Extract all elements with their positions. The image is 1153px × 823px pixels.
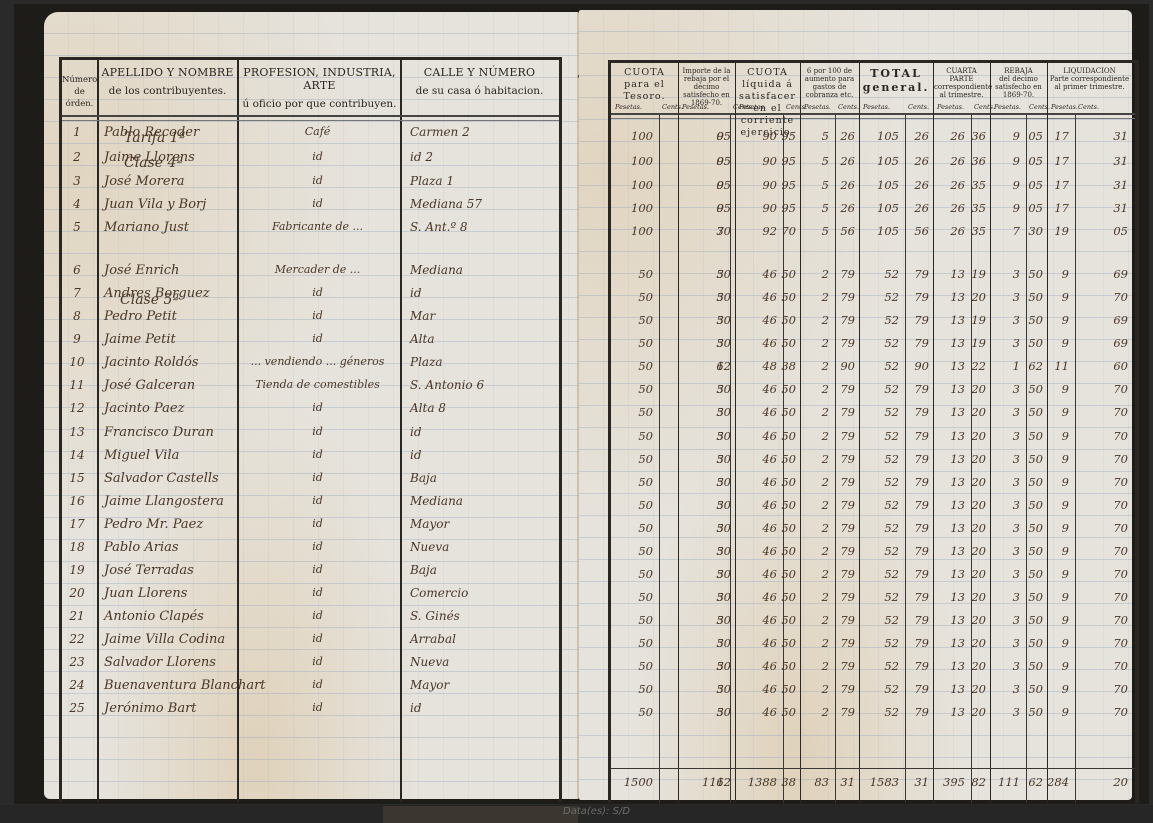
table-row: 50350465027952791320350970 [611, 567, 1135, 589]
cents-value: 79 [840, 382, 855, 396]
pesetas-value: 3 [1013, 659, 1020, 673]
pesetas-value: 1388 [748, 775, 777, 789]
cents-value: 50 [716, 521, 731, 535]
pesetas-value: 2 [822, 405, 829, 419]
table-row: 50350465027952791319350969 [611, 336, 1135, 358]
cents-value: 79 [914, 521, 929, 535]
pesetas-value: 9 [1013, 201, 1020, 215]
date-metadata: Data(es): S/D [563, 806, 630, 817]
cents-value: 38 [781, 775, 796, 789]
table-row: 22Jaime Villa CodinaidArrabal [62, 632, 559, 654]
pesetas-value: 52 [884, 429, 899, 443]
cents-value: 05 [716, 201, 731, 215]
pesetas-value: 3 [1013, 705, 1020, 719]
pesetas-value: 50 [638, 405, 653, 419]
cents-value: 20 [971, 382, 986, 396]
cents-value: 70 [1113, 405, 1128, 419]
cents-value: 20 [971, 682, 986, 696]
table-row: 50350465027952791320350970 [611, 521, 1135, 543]
cents-value: 20 [971, 544, 986, 558]
contributor-name: Salvador Castells [104, 471, 219, 486]
contributor-name: Pedro Petit [104, 309, 177, 324]
cents-value: 79 [840, 544, 855, 558]
table-row: 3José MoreraidPlaza 1 [62, 174, 559, 196]
pesetas-value: 46 [762, 429, 777, 443]
street-address: Arrabal [410, 632, 550, 646]
cents-value: 79 [914, 682, 929, 696]
pesetas-value: 50 [638, 429, 653, 443]
cents-value: 82 [971, 775, 986, 789]
pesetas-value: 1500 [624, 775, 653, 789]
cents-value: 05 [716, 154, 731, 168]
cents-value: 50 [781, 452, 796, 466]
cents-value: 50 [1028, 475, 1043, 489]
cents-value: 50 [781, 705, 796, 719]
pesetas-value: 46 [762, 290, 777, 304]
pesetas-value: 52 [884, 636, 899, 650]
row-number: 3 [64, 174, 90, 188]
profession: id [240, 494, 395, 507]
pesetas-value: 50 [638, 313, 653, 327]
tax-amounts-table: CUOTApara el Tesoro.Pesetas.Cents.Import… [608, 60, 1139, 803]
contributor-name: Juan Llorens [104, 586, 187, 601]
contributor-name: Miguel Vila [104, 448, 179, 463]
profession: id [240, 632, 395, 645]
pesetas-value: 46 [762, 682, 777, 696]
cents-value: 50 [781, 613, 796, 627]
row-number: 13 [64, 425, 90, 439]
pesetas-value: 9 [1062, 498, 1069, 512]
pesetas-value: 17 [1054, 201, 1069, 215]
cents-label: Cents. [908, 103, 929, 111]
pesetas-value: 395 [943, 775, 965, 789]
contributor-name: Pedro Mr. Paez [104, 517, 203, 532]
row-number: 2 [64, 150, 90, 164]
street-address: S. Ginés [410, 609, 550, 623]
table-row: 50350465027952791320350970 [611, 636, 1135, 658]
cents-value: 50 [1028, 636, 1043, 650]
pesetas-value: 52 [884, 475, 899, 489]
pesetas-value: 52 [884, 521, 899, 535]
cents-value: 50 [716, 613, 731, 627]
cents-value: 05 [1028, 201, 1043, 215]
pesetas-value: 100 [631, 178, 653, 192]
pesetas-value: 9 [1062, 590, 1069, 604]
cents-value: 62 [1028, 775, 1043, 789]
pesetas-value: 3 [1013, 452, 1020, 466]
profession: Tienda de comestibles [240, 378, 395, 391]
pesetas-value: 2 [822, 590, 829, 604]
profession: id [240, 401, 395, 414]
pesetas-label: Pesetas. [804, 103, 831, 111]
cents-value: 50 [781, 567, 796, 581]
pesetas-value: 9 [1062, 452, 1069, 466]
pesetas-value: 9 [1062, 613, 1069, 627]
cents-value: 79 [914, 613, 929, 627]
cents-value: 50 [781, 336, 796, 350]
cents-value: 90 [840, 359, 855, 373]
table-row: 18Pablo AriasidNueva [62, 540, 559, 562]
table-row: 6José EnrichMercader de ...Mediana [62, 263, 559, 285]
cents-value: 70 [1113, 682, 1128, 696]
cents-value: 70 [1113, 567, 1128, 581]
cents-value: 50 [1028, 290, 1043, 304]
pesetas-value: 52 [884, 705, 899, 719]
cents-value: 20 [971, 636, 986, 650]
totals-row: 1500111621388388331158331395821116228420 [611, 775, 1135, 797]
pesetas-value: 26 [950, 201, 965, 215]
cents-value: 79 [914, 567, 929, 581]
column-header: REBAJAdel décimo satisfecho en 1869-70. [991, 67, 1046, 99]
cents-value: 22 [971, 359, 986, 373]
table-row: 20Juan LlorensidComercio [62, 586, 559, 608]
pesetas-value: 52 [884, 452, 899, 466]
cents-value: 05 [1028, 129, 1043, 143]
cents-value: 19 [971, 336, 986, 350]
pesetas-value: 9 [1062, 567, 1069, 581]
column-header: TOTALgeneral. [860, 67, 932, 95]
column-header: LIQUIDACIONParte correspondiente al prim… [1048, 67, 1131, 91]
row-number: 17 [64, 517, 90, 531]
table-row: 50350465027952791320350970 [611, 682, 1135, 704]
pesetas-value: 17 [1054, 178, 1069, 192]
pesetas-value: 105 [877, 154, 899, 168]
cents-value: 95 [781, 178, 796, 192]
cents-value: 50 [716, 682, 731, 696]
table-row: 501624838290529013221621160 [611, 359, 1135, 381]
table-row: 7Andres Borguezidid [62, 286, 559, 308]
cents-value: 79 [914, 475, 929, 489]
pesetas-value: 52 [884, 267, 899, 281]
pesetas-value: 9 [1062, 405, 1069, 419]
pesetas-value: 5 [822, 178, 829, 192]
pesetas-value: 50 [638, 590, 653, 604]
pesetas-value: 13 [950, 382, 965, 396]
cents-value: 31 [1113, 178, 1128, 192]
cents-value: 70 [1113, 521, 1128, 535]
profession: id [240, 174, 395, 187]
table-row: 50350465027952791319350969 [611, 313, 1135, 335]
cents-value: 95 [781, 201, 796, 215]
cents-value: 79 [840, 336, 855, 350]
cents-value: 79 [914, 659, 929, 673]
pesetas-value: 2 [822, 313, 829, 327]
pesetas-value: 13 [950, 313, 965, 327]
cents-value: 79 [840, 705, 855, 719]
row-number: 20 [64, 586, 90, 600]
pesetas-value: 13 [950, 267, 965, 281]
contributor-name: Mariano Just [104, 220, 189, 235]
pesetas-value: 50 [638, 636, 653, 650]
street-address: Comercio [410, 586, 550, 600]
cents-value: 70 [781, 224, 796, 238]
profession: id [240, 563, 395, 576]
cents-value: 79 [840, 267, 855, 281]
cents-value: 05 [716, 129, 731, 143]
contributor-name: Jacinto Paez [104, 401, 184, 416]
cents-value: 50 [1028, 682, 1043, 696]
pesetas-value: 46 [762, 590, 777, 604]
street-address: Mediana [410, 263, 550, 277]
pesetas-label: Pesetas. [994, 103, 1021, 111]
pesetas-value: 2 [822, 290, 829, 304]
pesetas-value: 3 [1013, 405, 1020, 419]
cents-value: 79 [914, 429, 929, 443]
thumbnail-strip[interactable] [383, 806, 578, 823]
cents-value: 20 [971, 452, 986, 466]
street-address: Carmen 2 [410, 125, 550, 139]
pesetas-value: 13 [950, 682, 965, 696]
cents-value: 95 [781, 129, 796, 143]
pesetas-value: 13 [950, 498, 965, 512]
cents-value: 50 [716, 336, 731, 350]
pesetas-value: 46 [762, 452, 777, 466]
pesetas-value: 48 [762, 359, 777, 373]
column-header: 6 por 100 de aumento para gastos de cobr… [801, 67, 858, 99]
row-number: 4 [64, 197, 90, 211]
pesetas-value: 2 [822, 567, 829, 581]
cents-value: 79 [840, 290, 855, 304]
column-header: CUOTApara el Tesoro. [612, 67, 677, 103]
contributor-name: Francisco Duran [104, 425, 214, 440]
profession: ... vendiendo ... géneros [240, 355, 395, 368]
street-address: Plaza [410, 355, 550, 369]
cents-value: 79 [914, 452, 929, 466]
contributor-name: José Morera [104, 174, 185, 189]
profession: Café [240, 125, 395, 138]
pesetas-value: 3 [1013, 313, 1020, 327]
cents-value: 19 [971, 267, 986, 281]
cents-value: 50 [1028, 544, 1043, 558]
table-row: 50350465027952791319350969 [611, 267, 1135, 289]
pesetas-value: 2 [822, 521, 829, 535]
table-row: 50350465027952791320350970 [611, 590, 1135, 612]
table-row: 13Francisco Duranidid [62, 425, 559, 447]
cents-value: 26 [840, 154, 855, 168]
pesetas-value: 52 [884, 544, 899, 558]
cents-value: 20 [971, 498, 986, 512]
cents-value: 20 [971, 429, 986, 443]
cents-value: 50 [781, 521, 796, 535]
profession: id [240, 701, 395, 714]
pesetas-value: 46 [762, 567, 777, 581]
cents-value: 79 [840, 636, 855, 650]
table-row: 50350465027952791320350970 [611, 498, 1135, 520]
cents-value: 50 [781, 267, 796, 281]
cents-value: 70 [1113, 659, 1128, 673]
pesetas-value: 46 [762, 313, 777, 327]
street-address: Baja [410, 563, 550, 577]
cents-value: 05 [716, 178, 731, 192]
table-row: 9Jaime PetitidAlta [62, 332, 559, 354]
pesetas-value: 100 [631, 201, 653, 215]
cents-value: 79 [914, 290, 929, 304]
cents-value: 50 [716, 405, 731, 419]
cents-value: 50 [781, 313, 796, 327]
cents-value: 20 [971, 613, 986, 627]
pesetas-value: 90 [762, 129, 777, 143]
cents-value: 79 [914, 590, 929, 604]
pesetas-value: 46 [762, 521, 777, 535]
pesetas-value: 13 [950, 659, 965, 673]
pesetas-value: 52 [884, 590, 899, 604]
cents-value: 79 [914, 336, 929, 350]
street-address: S. Antonio 6 [410, 378, 550, 392]
pesetas-value: 13 [950, 613, 965, 627]
contributor-name: Jaime Petit [104, 332, 176, 347]
cents-value: 35 [971, 201, 986, 215]
row-number: 24 [64, 678, 90, 692]
cents-value: 20 [971, 567, 986, 581]
cents-value: 50 [1028, 567, 1043, 581]
pesetas-value: 3 [1013, 544, 1020, 558]
table-row: 2Jaime Llorensidid 2 [62, 150, 559, 172]
pesetas-label: Pesetas. [1051, 103, 1078, 111]
table-row: 4Juan Vila y BorjidMediana 57 [62, 197, 559, 219]
cents-value: 69 [1113, 313, 1128, 327]
pesetas-value: 2 [822, 429, 829, 443]
cents-value: 26 [914, 129, 929, 143]
pesetas-value: 2 [822, 475, 829, 489]
cents-value: 79 [914, 498, 929, 512]
cents-value: 60 [1113, 359, 1128, 373]
profession: id [240, 678, 395, 691]
pesetas-value: 2 [822, 636, 829, 650]
cents-value: 70 [1113, 452, 1128, 466]
row-number: 16 [64, 494, 90, 508]
table-row: 10Jacinto Roldós... vendiendo ... género… [62, 355, 559, 377]
pesetas-value: 52 [884, 659, 899, 673]
cents-value: 50 [716, 382, 731, 396]
pesetas-value: 13 [950, 336, 965, 350]
street-address: Mayor [410, 517, 550, 531]
cents-value: 20 [971, 590, 986, 604]
cents-value: 69 [1113, 267, 1128, 281]
contributor-name: Pablo Arias [104, 540, 179, 555]
table-row: 10090590955261052626369051731 [611, 154, 1135, 176]
pesetas-value: 2 [822, 682, 829, 696]
cents-value: 20 [971, 659, 986, 673]
contributor-name: José Enrich [104, 263, 179, 278]
cents-value: 56 [914, 224, 929, 238]
pesetas-value: 13 [950, 636, 965, 650]
pesetas-value: 13 [950, 475, 965, 489]
pesetas-value: 5 [822, 154, 829, 168]
cents-value: 70 [1113, 475, 1128, 489]
pesetas-value: 52 [884, 359, 899, 373]
cents-value: 31 [914, 775, 929, 789]
row-number: 7 [64, 286, 90, 300]
pesetas-value: 46 [762, 544, 777, 558]
table-row: 23Salvador LlorensidNueva [62, 655, 559, 677]
pesetas-value: 92 [762, 224, 777, 238]
pesetas-value: 52 [884, 313, 899, 327]
pesetas-value: 9 [1062, 659, 1069, 673]
cents-value: 62 [1028, 359, 1043, 373]
cents-value: 79 [840, 405, 855, 419]
table-row: 17Pedro Mr. PaezidMayor [62, 517, 559, 539]
header-address: CALLE Y NÚMERO de su casa ó habitacion. [402, 66, 557, 97]
cents-value: 79 [840, 475, 855, 489]
cents-value: 50 [716, 313, 731, 327]
pesetas-value: 50 [638, 336, 653, 350]
header-name: APELLIDO Y NOMBRE de los contribuyentes. [98, 66, 237, 97]
pesetas-value: 83 [814, 775, 829, 789]
cents-value: 70 [1113, 382, 1128, 396]
profession: id [240, 425, 395, 438]
cents-value: 38 [781, 359, 796, 373]
table-row: 50350465027952791320350970 [611, 613, 1135, 635]
cents-value: 79 [914, 267, 929, 281]
pesetas-value: 1583 [870, 775, 899, 789]
cents-value: 70 [1113, 636, 1128, 650]
pesetas-value: 2 [822, 659, 829, 673]
cents-value: 26 [914, 201, 929, 215]
cents-value: 62 [716, 775, 731, 789]
cents-value: 36 [971, 129, 986, 143]
pesetas-value: 3 [1013, 429, 1020, 443]
cents-value: 79 [840, 682, 855, 696]
row-number: 18 [64, 540, 90, 554]
cents-value: 26 [914, 154, 929, 168]
contributor-name: Jaime Villa Codina [104, 632, 225, 647]
cents-value: 79 [840, 567, 855, 581]
cents-value: 50 [1028, 521, 1043, 535]
pesetas-value: 284 [1047, 775, 1069, 789]
row-number: 5 [64, 220, 90, 234]
cents-value: 50 [1028, 590, 1043, 604]
pesetas-value: 90 [762, 154, 777, 168]
pesetas-label: Pesetas. [615, 103, 642, 111]
street-address: S. Ant.º 8 [410, 220, 550, 234]
pesetas-value: 50 [638, 452, 653, 466]
pesetas-value: 52 [884, 567, 899, 581]
row-number: 1 [64, 125, 90, 139]
table-row: 25Jerónimo Bartidid [62, 701, 559, 723]
cents-value: 50 [1028, 267, 1043, 281]
pesetas-value: 26 [950, 129, 965, 143]
cents-value: 69 [1113, 336, 1128, 350]
pesetas-value: 11 [1054, 359, 1069, 373]
header-rule [62, 115, 559, 121]
pesetas-value: 26 [950, 178, 965, 192]
pesetas-value: 50 [638, 682, 653, 696]
pesetas-value: 3 [1013, 336, 1020, 350]
pesetas-value: 9 [1062, 382, 1069, 396]
table-row: 50350465027952791320350970 [611, 382, 1135, 404]
street-address: Baja [410, 471, 550, 485]
pesetas-value: 9 [1062, 313, 1069, 327]
table-row: 10090590955261052626369051731 [611, 129, 1135, 151]
table-row: 21Antonio ClapésidS. Ginés [62, 609, 559, 631]
cents-value: 79 [840, 659, 855, 673]
pesetas-value: 3 [1013, 475, 1020, 489]
pesetas-value: 50 [638, 613, 653, 627]
profession: id [240, 471, 395, 484]
table-row: 14Miguel Vilaidid [62, 448, 559, 470]
street-address: id [410, 425, 550, 439]
pesetas-value: 46 [762, 267, 777, 281]
pesetas-value: 3 [1013, 290, 1020, 304]
cents-value: 70 [1113, 498, 1128, 512]
cents-value: 79 [840, 590, 855, 604]
pesetas-value: 3 [1013, 636, 1020, 650]
pesetas-value: 2 [822, 705, 829, 719]
pesetas-value: 3 [1013, 521, 1020, 535]
cents-value: 50 [781, 405, 796, 419]
pesetas-value: 52 [884, 498, 899, 512]
row-number: 9 [64, 332, 90, 346]
